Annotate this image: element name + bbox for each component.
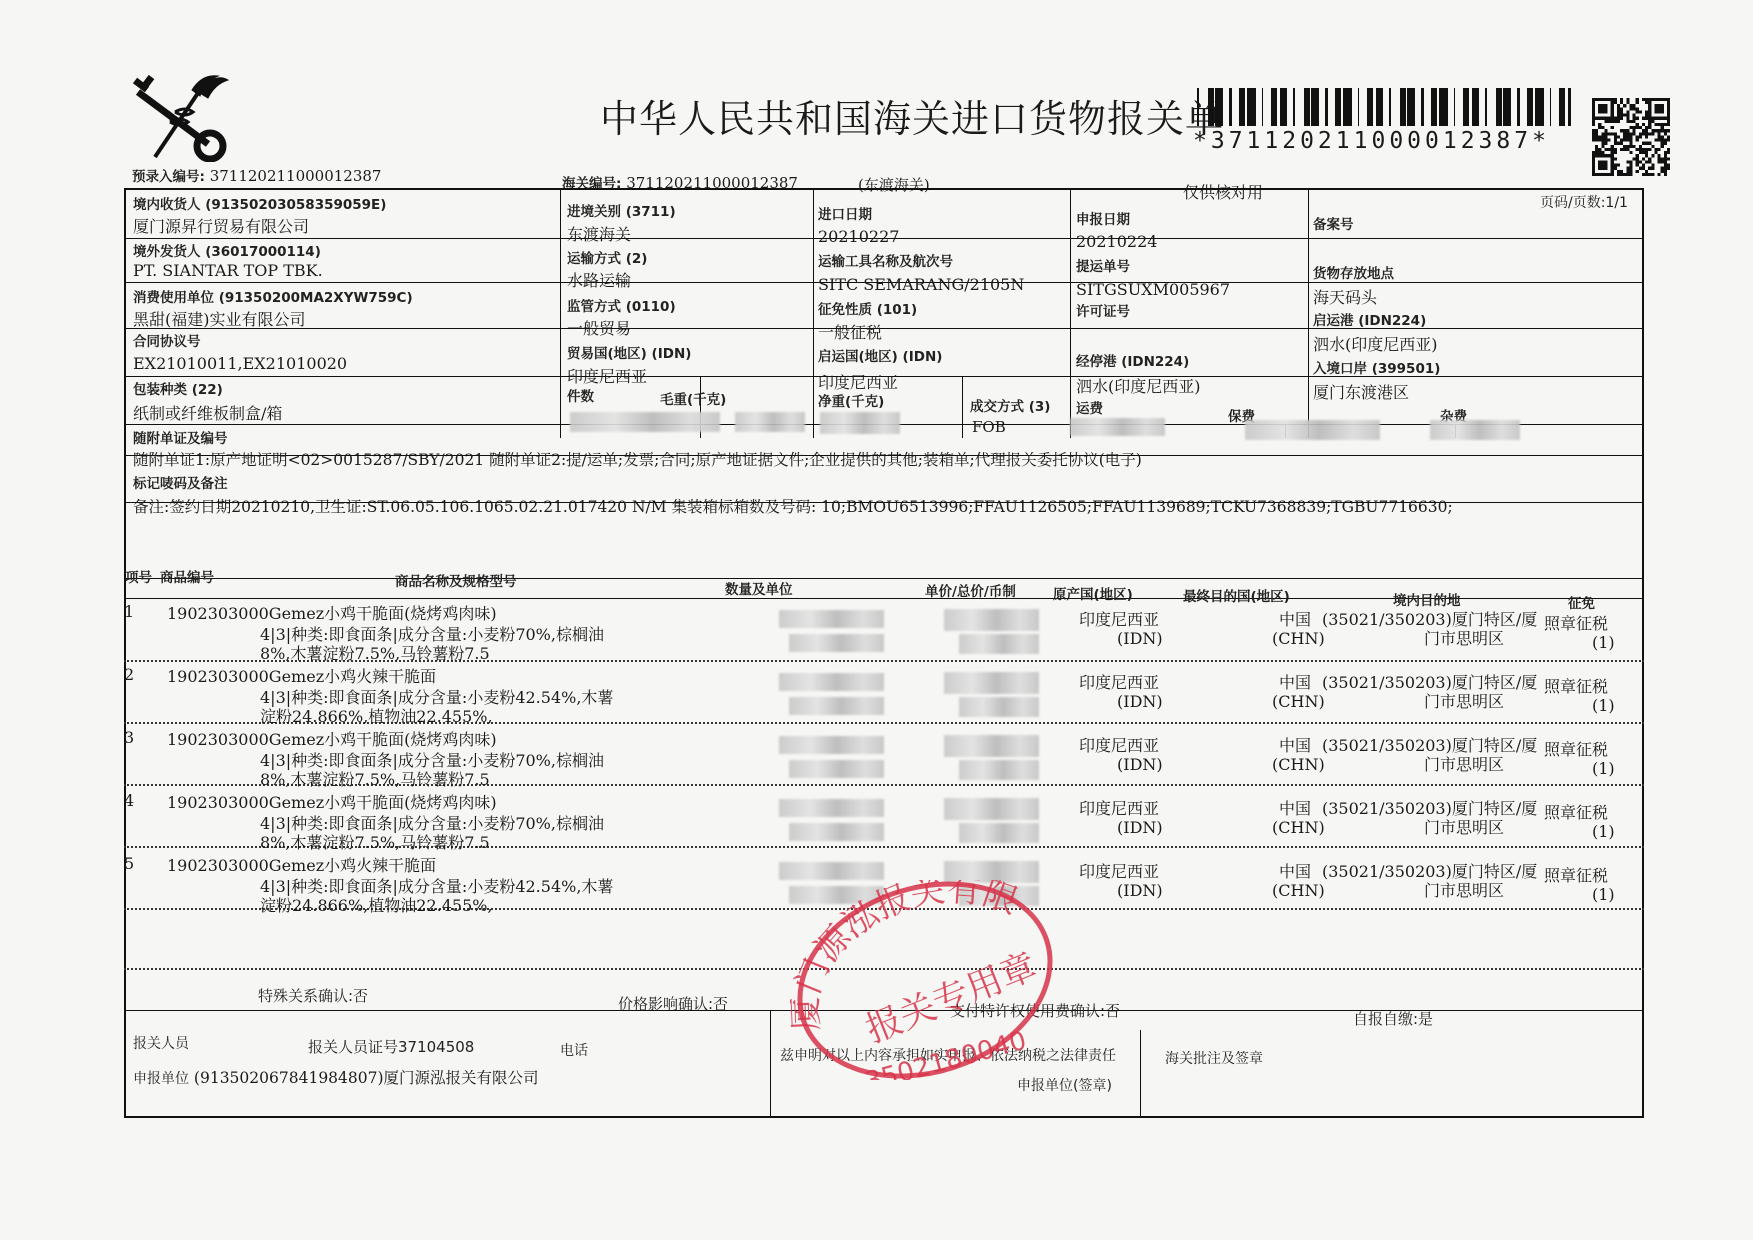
table-divider (962, 376, 963, 438)
redacted-value (959, 634, 1039, 654)
domestic-destination: (35021/350203)厦门特区/厦 (1322, 610, 1537, 630)
item-spec: 8%,木薯淀粉7.5%,马铃薯粉7.5 (260, 833, 490, 853)
origin-country: 印度尼西亚 (1079, 736, 1159, 756)
redacted-value (789, 760, 884, 778)
column-header-price: 单价/总价/币制 (925, 580, 1016, 600)
item-number: 5 (124, 854, 134, 874)
redacted-value (789, 634, 884, 652)
bill-no-label: 提运单号 (1076, 255, 1130, 275)
redacted-value (735, 412, 805, 432)
domestic-destination: (35021/350203)厦门特区/厦 (1322, 862, 1537, 882)
domestic-destination: (35021/350203)厦门特区/厦 (1322, 673, 1537, 693)
redacted-value (779, 799, 884, 817)
freight-label: 运费 (1076, 397, 1103, 417)
entry-port-label: 入境口岸 (399501) (1313, 357, 1440, 377)
item-code-name: 1902303000Gemez小鸡火辣干脆面 (167, 667, 436, 687)
consignee-value: 厦门源昇行贸易有限公司 (133, 214, 309, 237)
column-header-final-dest: 最终目的国(地区) (1183, 585, 1290, 605)
redacted-value (1070, 418, 1165, 436)
domestic-destination: (35021/350203)厦门特区/厦 (1322, 736, 1537, 756)
attached-docs-value: 随附单证1:原产地证明<02>0015287/SBY/2021 随附单证2:提/… (133, 448, 1142, 470)
origin-code: (IDN) (1117, 818, 1163, 838)
table-row: 41902303000Gemez小鸡干脆面(烧烤鸡肉味)4|3|种类:即食面条|… (124, 793, 1644, 853)
levy-method: 照章征税 (1544, 866, 1608, 886)
final-destination: 中国 (1279, 736, 1311, 756)
item-spec: 8%,木薯淀粉7.5%,马铃薯粉7.5 (260, 770, 490, 790)
table-divider (124, 578, 1644, 579)
contract-value: EX21010011,EX21010020 (133, 354, 347, 373)
stop-port-label: 经停港 (IDN224) (1076, 350, 1189, 370)
import-date-value: 20210227 (818, 227, 899, 246)
transport-mode-label: 运输方式 (2) (567, 247, 647, 267)
storage-value: 海天码头 (1313, 285, 1377, 308)
package-value: 纸制或纤维板制盒/箱 (133, 401, 282, 424)
item-spec: 4|3|种类:即食面条|成分含量:小麦粉70%,棕榈油 (260, 625, 604, 645)
redacted-value (789, 823, 884, 841)
origin-code: (IDN) (1117, 881, 1163, 901)
domestic-destination: 门市思明区 (1424, 692, 1504, 712)
redacted-value (944, 609, 1039, 631)
remarks-value: 备注:签约日期20210210,卫生证:ST.06.05.106.1065.02… (133, 495, 1453, 517)
storage-label: 货物存放地点 (1313, 262, 1394, 282)
consumer-label: 消费使用单位 (91350200MA2XYW759C) (133, 286, 413, 306)
consignee-label: 境内收货人 (91350203058359059E) (133, 193, 386, 213)
table-row: 11902303000Gemez小鸡干脆面(烧烤鸡肉味)4|3|种类:即食面条|… (124, 604, 1644, 664)
levy-code: (1) (1592, 885, 1615, 905)
final-destination-code: (CHN) (1272, 755, 1325, 775)
levy-method: 照章征税 (1544, 740, 1608, 760)
redacted-value (789, 697, 884, 715)
price-impact-confirm: 价格影响确认:否 (618, 993, 728, 1014)
column-header-name: 商品名称及规格型号 (395, 570, 517, 590)
final-destination: 中国 (1279, 799, 1311, 819)
column-header-origin: 原产国(地区) (1053, 583, 1133, 603)
item-spec: 8%,木薯淀粉7.5%,马铃薯粉7.5 (260, 644, 490, 664)
special-relation-confirm: 特殊关系确认:否 (258, 985, 368, 1006)
levy-method: 照章征税 (1544, 677, 1608, 697)
item-spec: 淀粉24.866%,植物油22.455%, (260, 707, 493, 727)
domestic-destination: 门市思明区 (1424, 818, 1504, 838)
redacted-value (570, 412, 720, 432)
item-spec: 4|3|种类:即食面条|成分含量:小麦粉70%,棕榈油 (260, 814, 604, 834)
table-divider (770, 1010, 771, 1118)
levy-code: (1) (1592, 696, 1615, 716)
table-row: 31902303000Gemez小鸡干脆面(烧烤鸡肉味)4|3|种类:即食面条|… (124, 730, 1644, 790)
final-destination-code: (CHN) (1272, 818, 1325, 838)
item-code-name: 1902303000Gemez小鸡干脆面(烧烤鸡肉味) (167, 730, 497, 750)
entry-customs-value: 东渡海关 (567, 222, 631, 245)
redacted-value (779, 610, 884, 628)
consumer-value: 黑甜(福建)实业有限公司 (133, 307, 306, 330)
domestic-destination: 门市思明区 (1424, 755, 1504, 775)
item-number: 2 (124, 665, 134, 685)
trade-country-label: 贸易国(地区) (IDN) (567, 342, 691, 362)
item-spec: 4|3|种类:即食面条|成分含量:小麦粉42.54%,木薯 (260, 688, 613, 708)
table-divider (1308, 188, 1309, 438)
remarks-label: 标记唛码及备注 (133, 472, 228, 492)
origin-country: 印度尼西亚 (1079, 862, 1159, 882)
table-divider (560, 188, 561, 438)
item-spec: 4|3|种类:即食面条|成分含量:小麦粉42.54%,木薯 (260, 877, 613, 897)
redacted-value (959, 823, 1039, 843)
customs-approval-label: 海关批注及签章 (1165, 1048, 1263, 1068)
entry-port-value: 厦门东渡港区 (1313, 380, 1409, 403)
redacted-value (959, 697, 1039, 717)
phone-label: 电话 (560, 1040, 588, 1060)
origin-code: (IDN) (1117, 692, 1163, 712)
document-title: 中华人民共和国海关进口货物报关单 (600, 88, 1224, 143)
company-seal-stamp: 厦门源泓报关有限公司 报关专用章 3502180040 (790, 880, 1060, 1080)
deal-mode-label: 成交方式 (3) (970, 395, 1050, 415)
redacted-value (944, 672, 1039, 694)
item-spec: 淀粉24.866%,植物油22.455%, (260, 896, 493, 916)
domestic-destination: (35021/350203)厦门特区/厦 (1322, 799, 1537, 819)
column-header-no: 项号 (125, 566, 152, 586)
entry-customs-label: 进境关别 (3711) (567, 200, 676, 220)
table-divider (1070, 188, 1071, 438)
vessel-value: SITC SEMARANG/2105N (818, 275, 1024, 294)
redacted-value (820, 412, 900, 434)
final-destination: 中国 (1279, 673, 1311, 693)
domestic-destination: 门市思明区 (1424, 881, 1504, 901)
final-destination-code: (CHN) (1272, 629, 1325, 649)
contract-label: 合同协议号 (133, 330, 201, 350)
origin-country: 印度尼西亚 (1079, 799, 1159, 819)
redacted-value (1245, 420, 1380, 440)
license-label: 许可证号 (1076, 300, 1130, 320)
table-row: 21902303000Gemez小鸡火辣干脆面4|3|种类:即食面条|成分含量:… (124, 667, 1644, 727)
pieces-label: 件数 (567, 385, 594, 405)
domestic-destination: 门市思明区 (1424, 629, 1504, 649)
redacted-value (944, 798, 1039, 820)
levy-method: 照章征税 (1544, 803, 1608, 823)
declare-date-label: 申报日期 (1076, 208, 1130, 228)
barcode-icon (1193, 88, 1573, 126)
depart-port-label: 启运港 (IDN224) (1313, 309, 1426, 329)
item-code-name: 1902303000Gemez小鸡火辣干脆面 (167, 856, 436, 876)
origin-country: 印度尼西亚 (1079, 610, 1159, 630)
item-code-name: 1902303000Gemez小鸡干脆面(烧烤鸡肉味) (167, 793, 497, 813)
column-header-code: 商品编号 (160, 566, 214, 586)
redacted-value (959, 760, 1039, 780)
attached-docs-label: 随附单证及编号 (133, 427, 228, 447)
redacted-value (779, 862, 884, 880)
stop-port-value: 泗水(印度尼西亚) (1076, 374, 1201, 397)
declarant-label: 报关人员 (133, 1033, 189, 1053)
shipper-value: PT. SIANTAR TOP TBK. (133, 261, 323, 280)
gross-weight-label: 毛重(千克) (660, 388, 726, 408)
item-number: 1 (124, 602, 134, 622)
origin-country: 印度尼西亚 (1079, 673, 1159, 693)
origin-code: (IDN) (1117, 755, 1163, 775)
levy-value: 一般征税 (818, 320, 882, 343)
final-destination-code: (CHN) (1272, 881, 1325, 901)
supervision-value: 一般贸易 (567, 316, 631, 339)
redacted-value (779, 673, 884, 691)
supervision-label: 监管方式 (0110) (567, 295, 676, 315)
table-divider (813, 188, 814, 438)
barcode-number: *371120211000012387* (1193, 128, 1550, 154)
levy-code: (1) (1592, 822, 1615, 842)
levy-code: (1) (1592, 759, 1615, 779)
transport-mode-value: 水路运输 (567, 268, 631, 291)
final-destination: 中国 (1279, 610, 1311, 630)
package-label: 包装种类 (22) (133, 378, 223, 398)
depart-country-label: 启运国(地区) (IDN) (818, 345, 942, 365)
declarant-cert-number: 报关人员证号37104508 (308, 1036, 474, 1057)
origin-code: (IDN) (1117, 629, 1163, 649)
depart-port-value: 泗水(印度尼西亚) (1313, 332, 1438, 355)
declaring-unit: 申报单位 (913502067841984807)厦门源泓报关有限公司 (133, 1066, 539, 1088)
redacted-value (779, 736, 884, 754)
item-code-name: 1902303000Gemez小鸡干脆面(烧烤鸡肉味) (167, 604, 497, 624)
import-date-label: 进口日期 (818, 203, 872, 223)
shipper-label: 境外发货人 (36017000114) (133, 240, 321, 260)
column-header-qty: 数量及单位 (725, 578, 793, 598)
net-weight-label: 净重(千克) (818, 390, 884, 410)
deal-mode-value: FOB (972, 418, 1006, 436)
qr-code-icon (1592, 98, 1670, 176)
customs-emblem-icon (130, 72, 230, 162)
final-destination: 中国 (1279, 862, 1311, 882)
levy-code: (1) (1592, 633, 1615, 653)
table-divider (1140, 1030, 1141, 1118)
levy-method: 照章征税 (1544, 614, 1608, 634)
vessel-label: 运输工具名称及航次号 (818, 250, 953, 270)
bill-no-value: SITGSUXM005967 (1076, 280, 1230, 299)
item-number: 3 (124, 728, 134, 748)
redacted-value (944, 735, 1039, 757)
record-no-label: 备案号 (1313, 213, 1354, 233)
declare-date-value: 20210224 (1076, 232, 1157, 251)
item-spec: 4|3|种类:即食面条|成分含量:小麦粉70%,棕榈油 (260, 751, 604, 771)
final-destination-code: (CHN) (1272, 692, 1325, 712)
redacted-value (1430, 420, 1520, 440)
pre-entry-number: 预录入编号: 371120211000012387 (132, 165, 381, 185)
item-number: 4 (124, 791, 134, 811)
trade-country-value: 印度尼西亚 (567, 364, 647, 387)
self-pay-confirm: 自报自缴:是 (1353, 1008, 1433, 1029)
levy-label: 征免性质 (101) (818, 298, 917, 318)
